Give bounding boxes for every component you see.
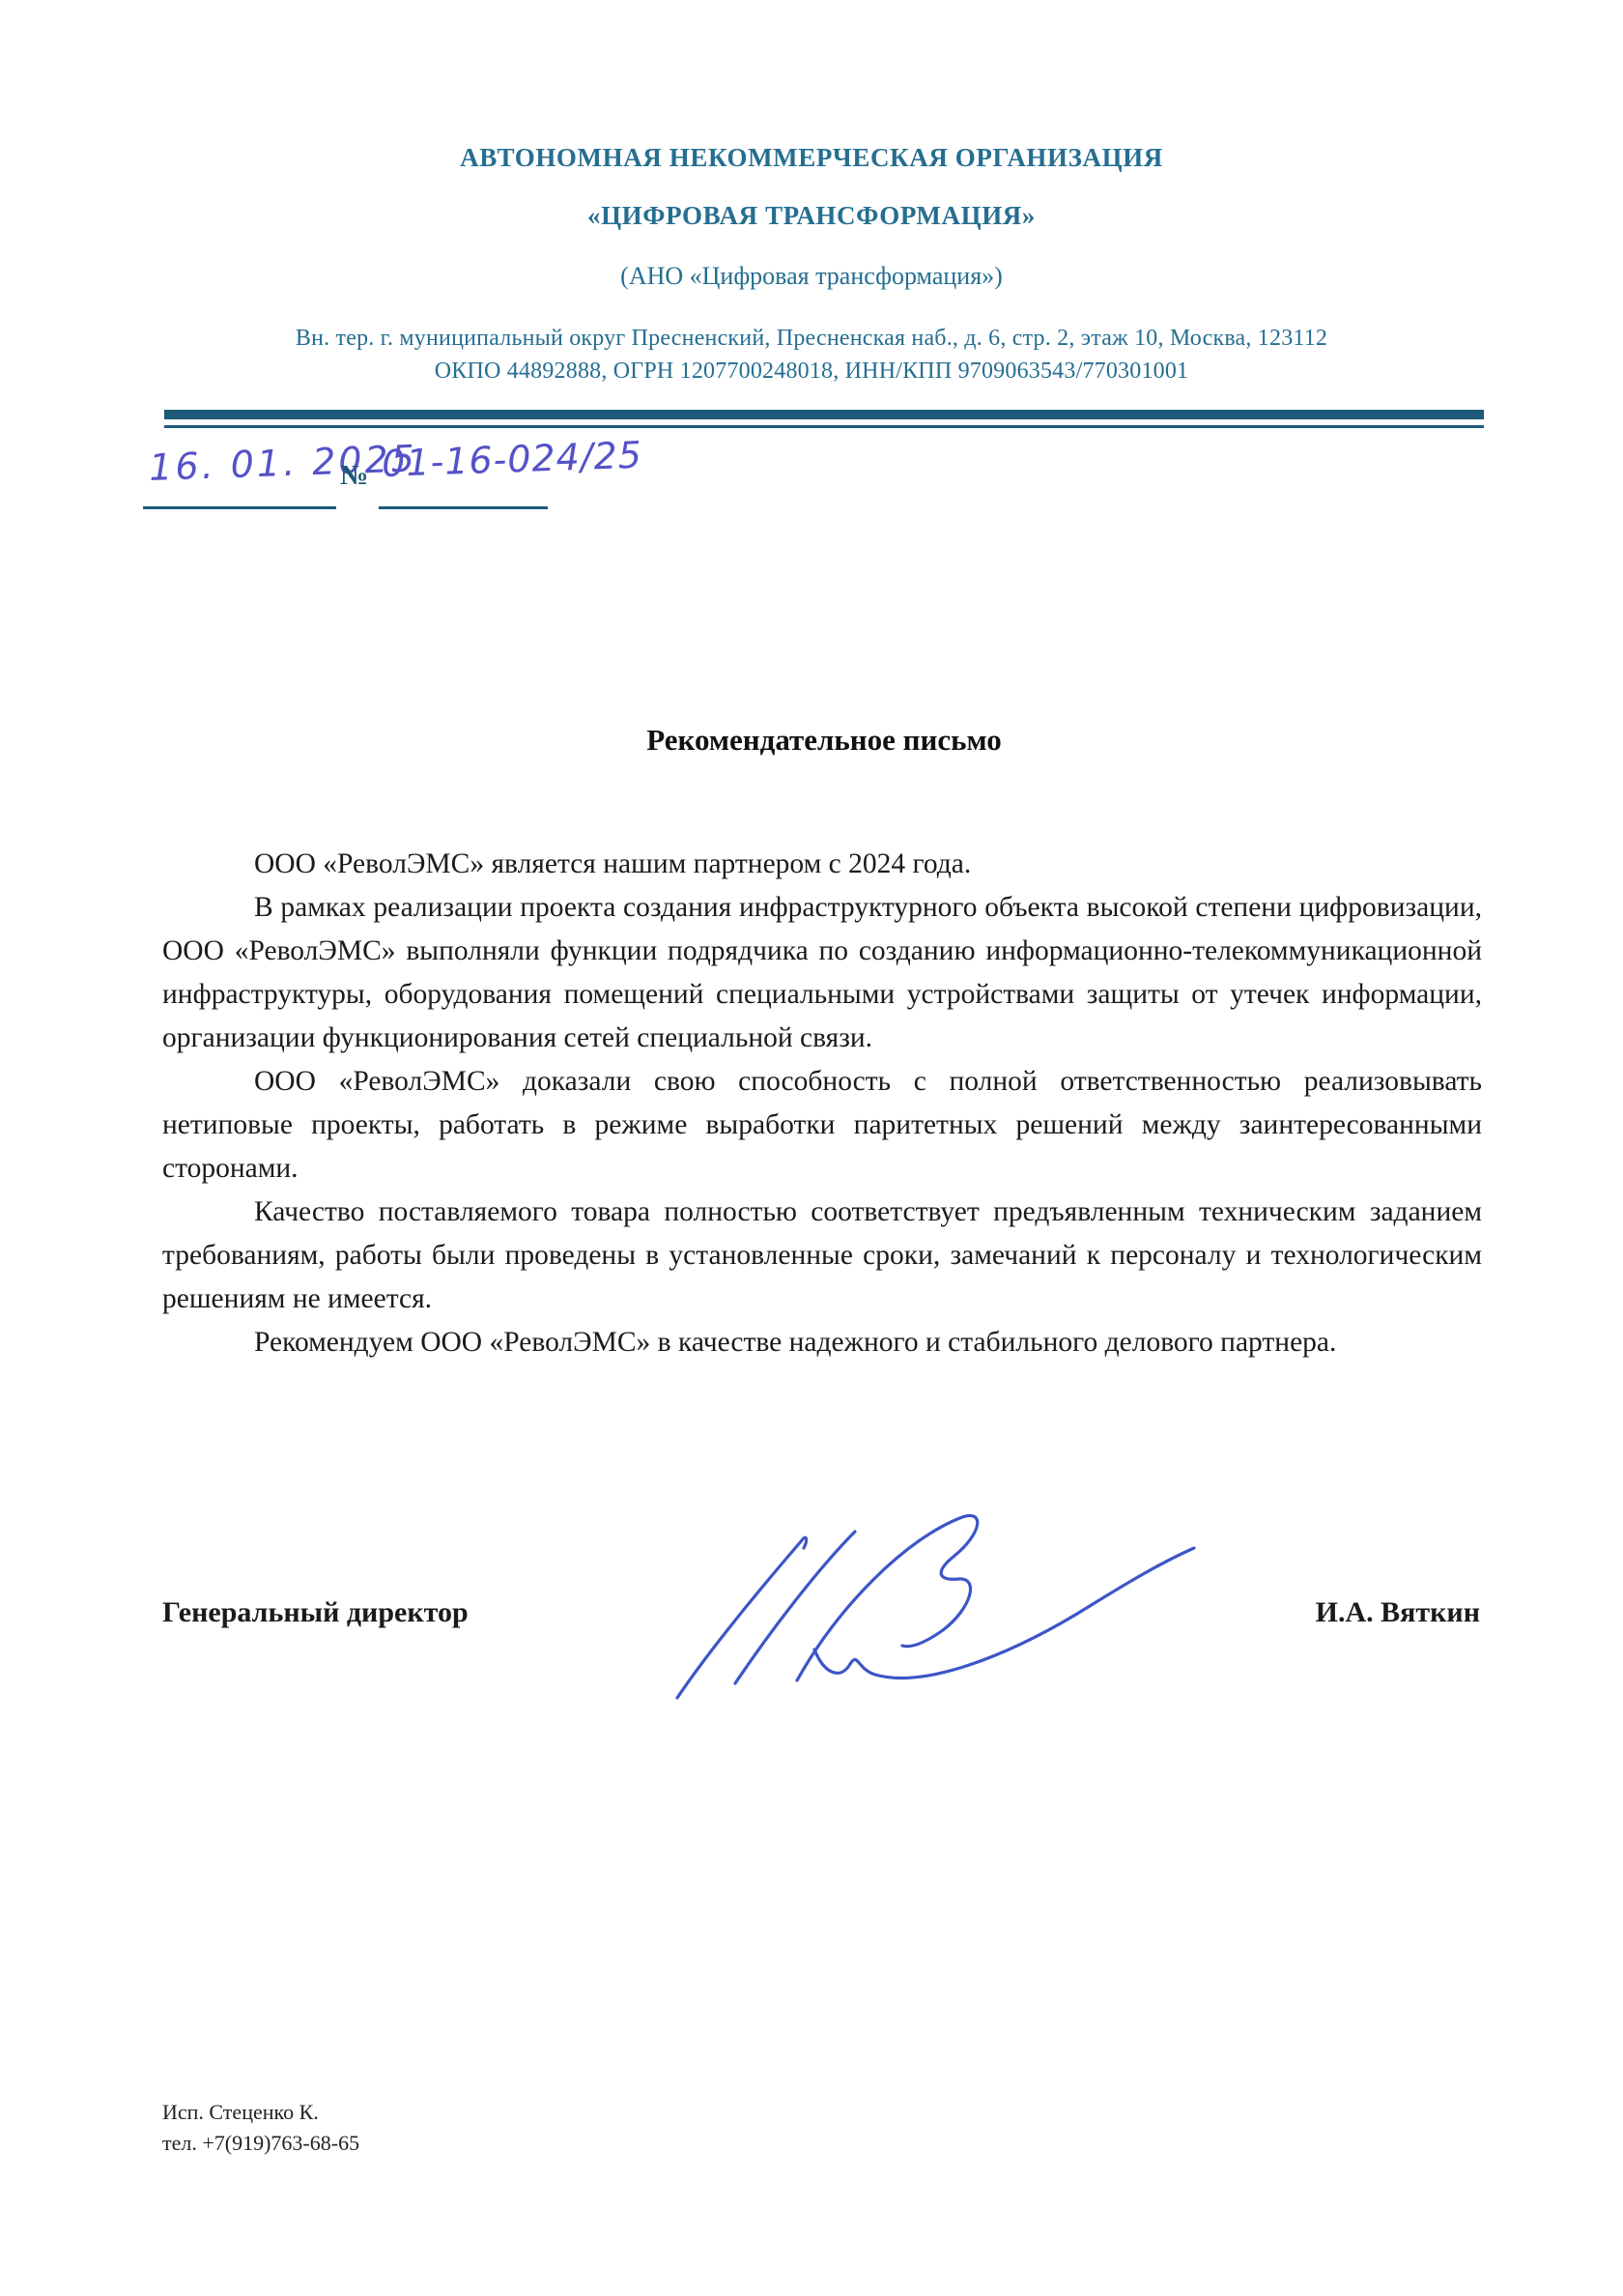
number-underline xyxy=(379,506,548,509)
executor-name: Исп. Стеценко К. xyxy=(162,2097,359,2128)
paragraph-4: Качество поставляемого товара полностью … xyxy=(162,1191,1482,1321)
org-short-name: (АНО «Цифровая трансформация») xyxy=(0,262,1623,291)
document-title: Рекомендательное письмо xyxy=(164,723,1484,758)
paragraph-5: Рекомендуем ООО «РеволЭМС» в качестве на… xyxy=(162,1321,1482,1364)
paragraph-3: ООО «РеволЭМС» доказали свою способность… xyxy=(162,1060,1482,1191)
footer: Исп. Стеценко К. тел. +7(919)763-68-65 xyxy=(162,2097,359,2159)
org-address: Вн. тер. г. муниципальный округ Пресненс… xyxy=(0,326,1623,352)
paragraph-1: ООО «РеволЭМС» является нашим партнером … xyxy=(162,843,1482,886)
letterhead-divider-thick xyxy=(164,410,1484,419)
number-sign: № xyxy=(340,460,368,492)
letter-body: ООО «РеволЭМС» является нашим партнером … xyxy=(162,843,1482,1364)
signer-position: Генеральный директор xyxy=(162,1596,469,1629)
signer-name: И.А. Вяткин xyxy=(1316,1596,1480,1629)
paragraph-2: В рамках реализации проекта создания инф… xyxy=(162,886,1482,1060)
letterhead: АВТОНОМНАЯ НЕКОММЕРЧЕСКАЯ ОРГАНИЗАЦИЯ «Ц… xyxy=(0,143,1623,385)
org-name-line1: АВТОНОМНАЯ НЕКОММЕРЧЕСКАЯ ОРГАНИЗАЦИЯ xyxy=(0,143,1623,173)
org-registration-codes: ОКПО 44892888, ОГРН 1207700248018, ИНН/К… xyxy=(0,359,1623,385)
handwritten-signature-icon xyxy=(636,1490,1196,1712)
executor-phone: тел. +7(919)763-68-65 xyxy=(162,2128,359,2159)
handwritten-date: 16. 01. 2025 xyxy=(148,437,417,489)
letterhead-divider-thin xyxy=(164,425,1484,428)
letter-page: АВТОНОМНАЯ НЕКОММЕРЧЕСКАЯ ОРГАНИЗАЦИЯ «Ц… xyxy=(0,0,1623,2296)
date-underline xyxy=(143,506,336,509)
handwritten-number: 01-16-024/25 xyxy=(381,434,642,485)
org-name-line2: «ЦИФРОВАЯ ТРАНСФОРМАЦИЯ» xyxy=(0,201,1623,231)
